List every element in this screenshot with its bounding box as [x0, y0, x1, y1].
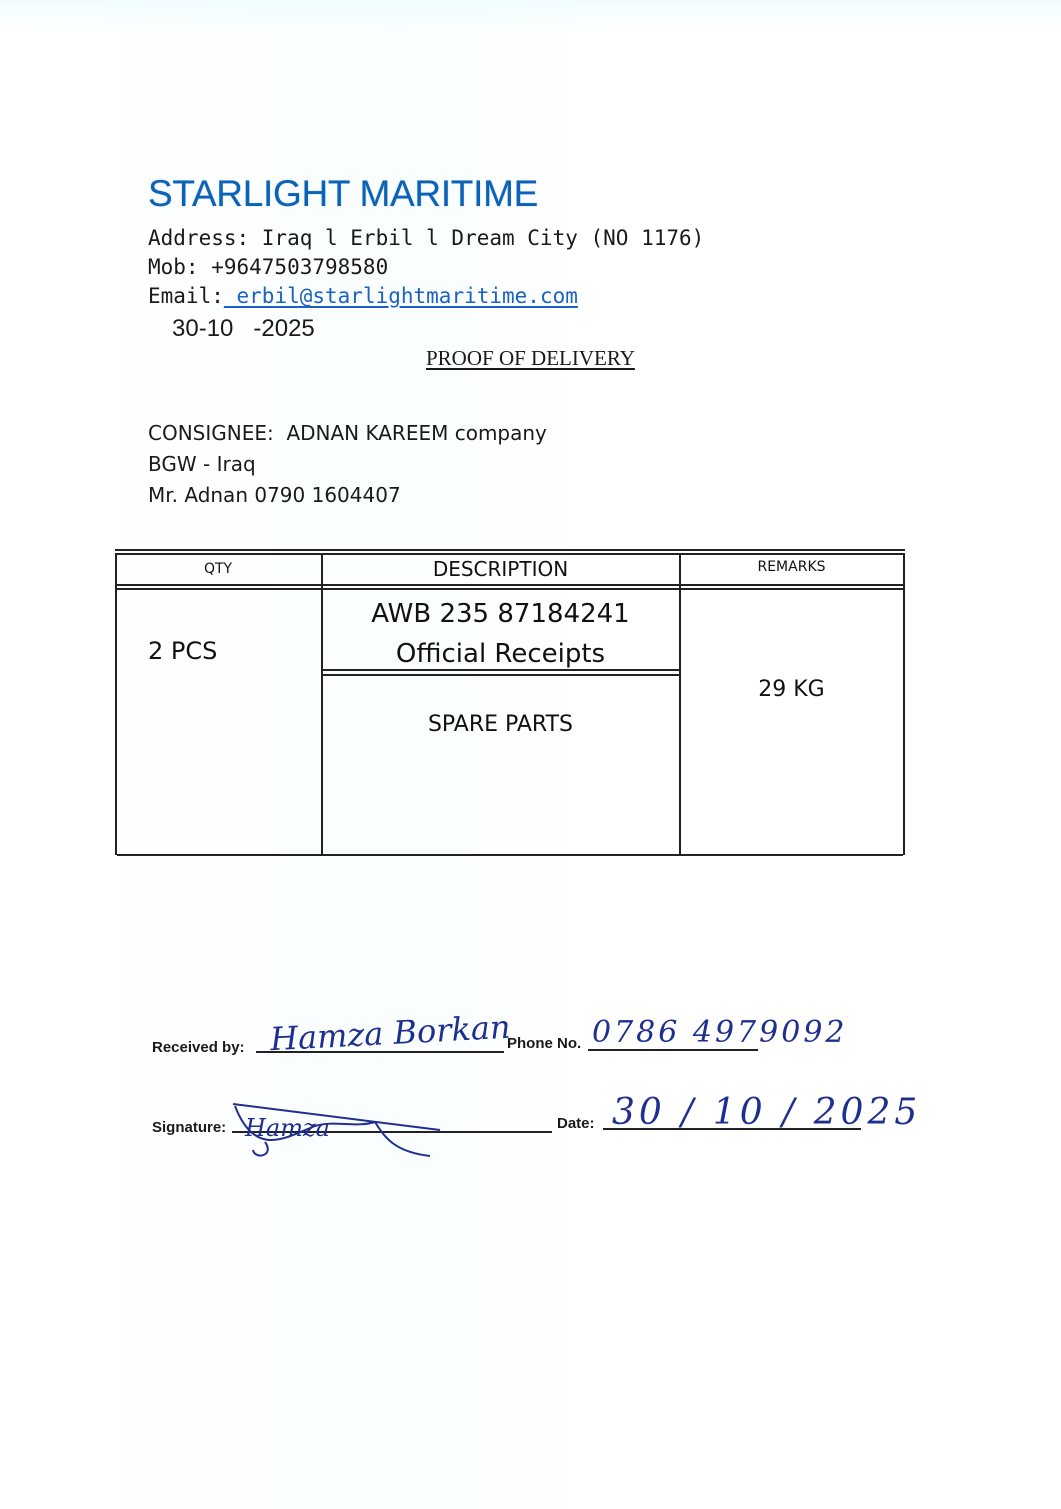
- phone-handwriting[interactable]: 0786 4979092: [592, 1015, 848, 1050]
- date-day-month: 30-10: [172, 315, 233, 342]
- signature-text: Hamza: [244, 1114, 330, 1142]
- email-label: Email:: [148, 284, 224, 308]
- document-date: 30-10-2025: [172, 314, 315, 344]
- consignee-city: BGW - Iraq: [148, 449, 547, 480]
- header-border-bottom: [115, 584, 905, 586]
- row-description-secondary: SPARE PARTS: [322, 712, 679, 737]
- description-item: Official Receipts: [322, 634, 679, 674]
- awb-number: AWB 235 87184241: [322, 594, 679, 634]
- consignee-contact: Mr. Adnan 0790 1604407: [148, 480, 547, 511]
- document-title: PROOF OF DELIVERY: [426, 345, 635, 371]
- table-border-top: [115, 549, 905, 551]
- signature-scribble[interactable]: Hamza: [225, 1098, 455, 1160]
- phone-label: Phone No.: [507, 1035, 581, 1052]
- row-remarks: 29 KG: [680, 677, 903, 702]
- row-qty: 2 PCS: [148, 637, 217, 665]
- company-mobile: Mob: +9647503798580: [148, 253, 388, 282]
- table-border-top-inner: [115, 553, 905, 555]
- company-address: Address: Iraq l Erbil l Dream City (NO 1…: [148, 224, 704, 253]
- company-email-line: Email:_erbil@starlightmaritime.com: [148, 282, 578, 311]
- header-remarks: REMARKS: [680, 559, 903, 575]
- header-qty: QTY: [115, 561, 321, 577]
- date-year: -2025: [253, 315, 314, 342]
- company-name: STARLIGHT MARITIME: [148, 172, 538, 216]
- email-prefix: _: [224, 284, 237, 308]
- table-border-left: [115, 553, 117, 855]
- date-handwriting[interactable]: 30 / 10 / 2025: [612, 1092, 921, 1133]
- description-divider-inner: [322, 674, 679, 676]
- header-description: DESCRIPTION: [322, 557, 679, 581]
- consignee-name: CONSIGNEE: ADNAN KAREEM company: [148, 418, 547, 449]
- email-link[interactable]: _erbil@starlightmaritime.com: [224, 284, 578, 308]
- date-label: Date:: [557, 1115, 595, 1132]
- signature-label: Signature:: [152, 1119, 226, 1136]
- header-border-bottom-inner: [115, 588, 905, 590]
- column-divider-2: [679, 553, 681, 855]
- email-address: erbil@starlightmaritime.com: [237, 284, 578, 308]
- consignee-block: CONSIGNEE: ADNAN KAREEM company BGW - Ir…: [148, 418, 547, 511]
- table-border-bottom: [117, 854, 903, 856]
- delivery-table: QTY DESCRIPTION REMARKS 2 PCS AWB 235 87…: [115, 549, 905, 856]
- received-by-label: Received by:: [152, 1039, 245, 1056]
- row-description-primary: AWB 235 87184241 Official Receipts: [322, 594, 679, 674]
- table-border-right: [903, 553, 905, 855]
